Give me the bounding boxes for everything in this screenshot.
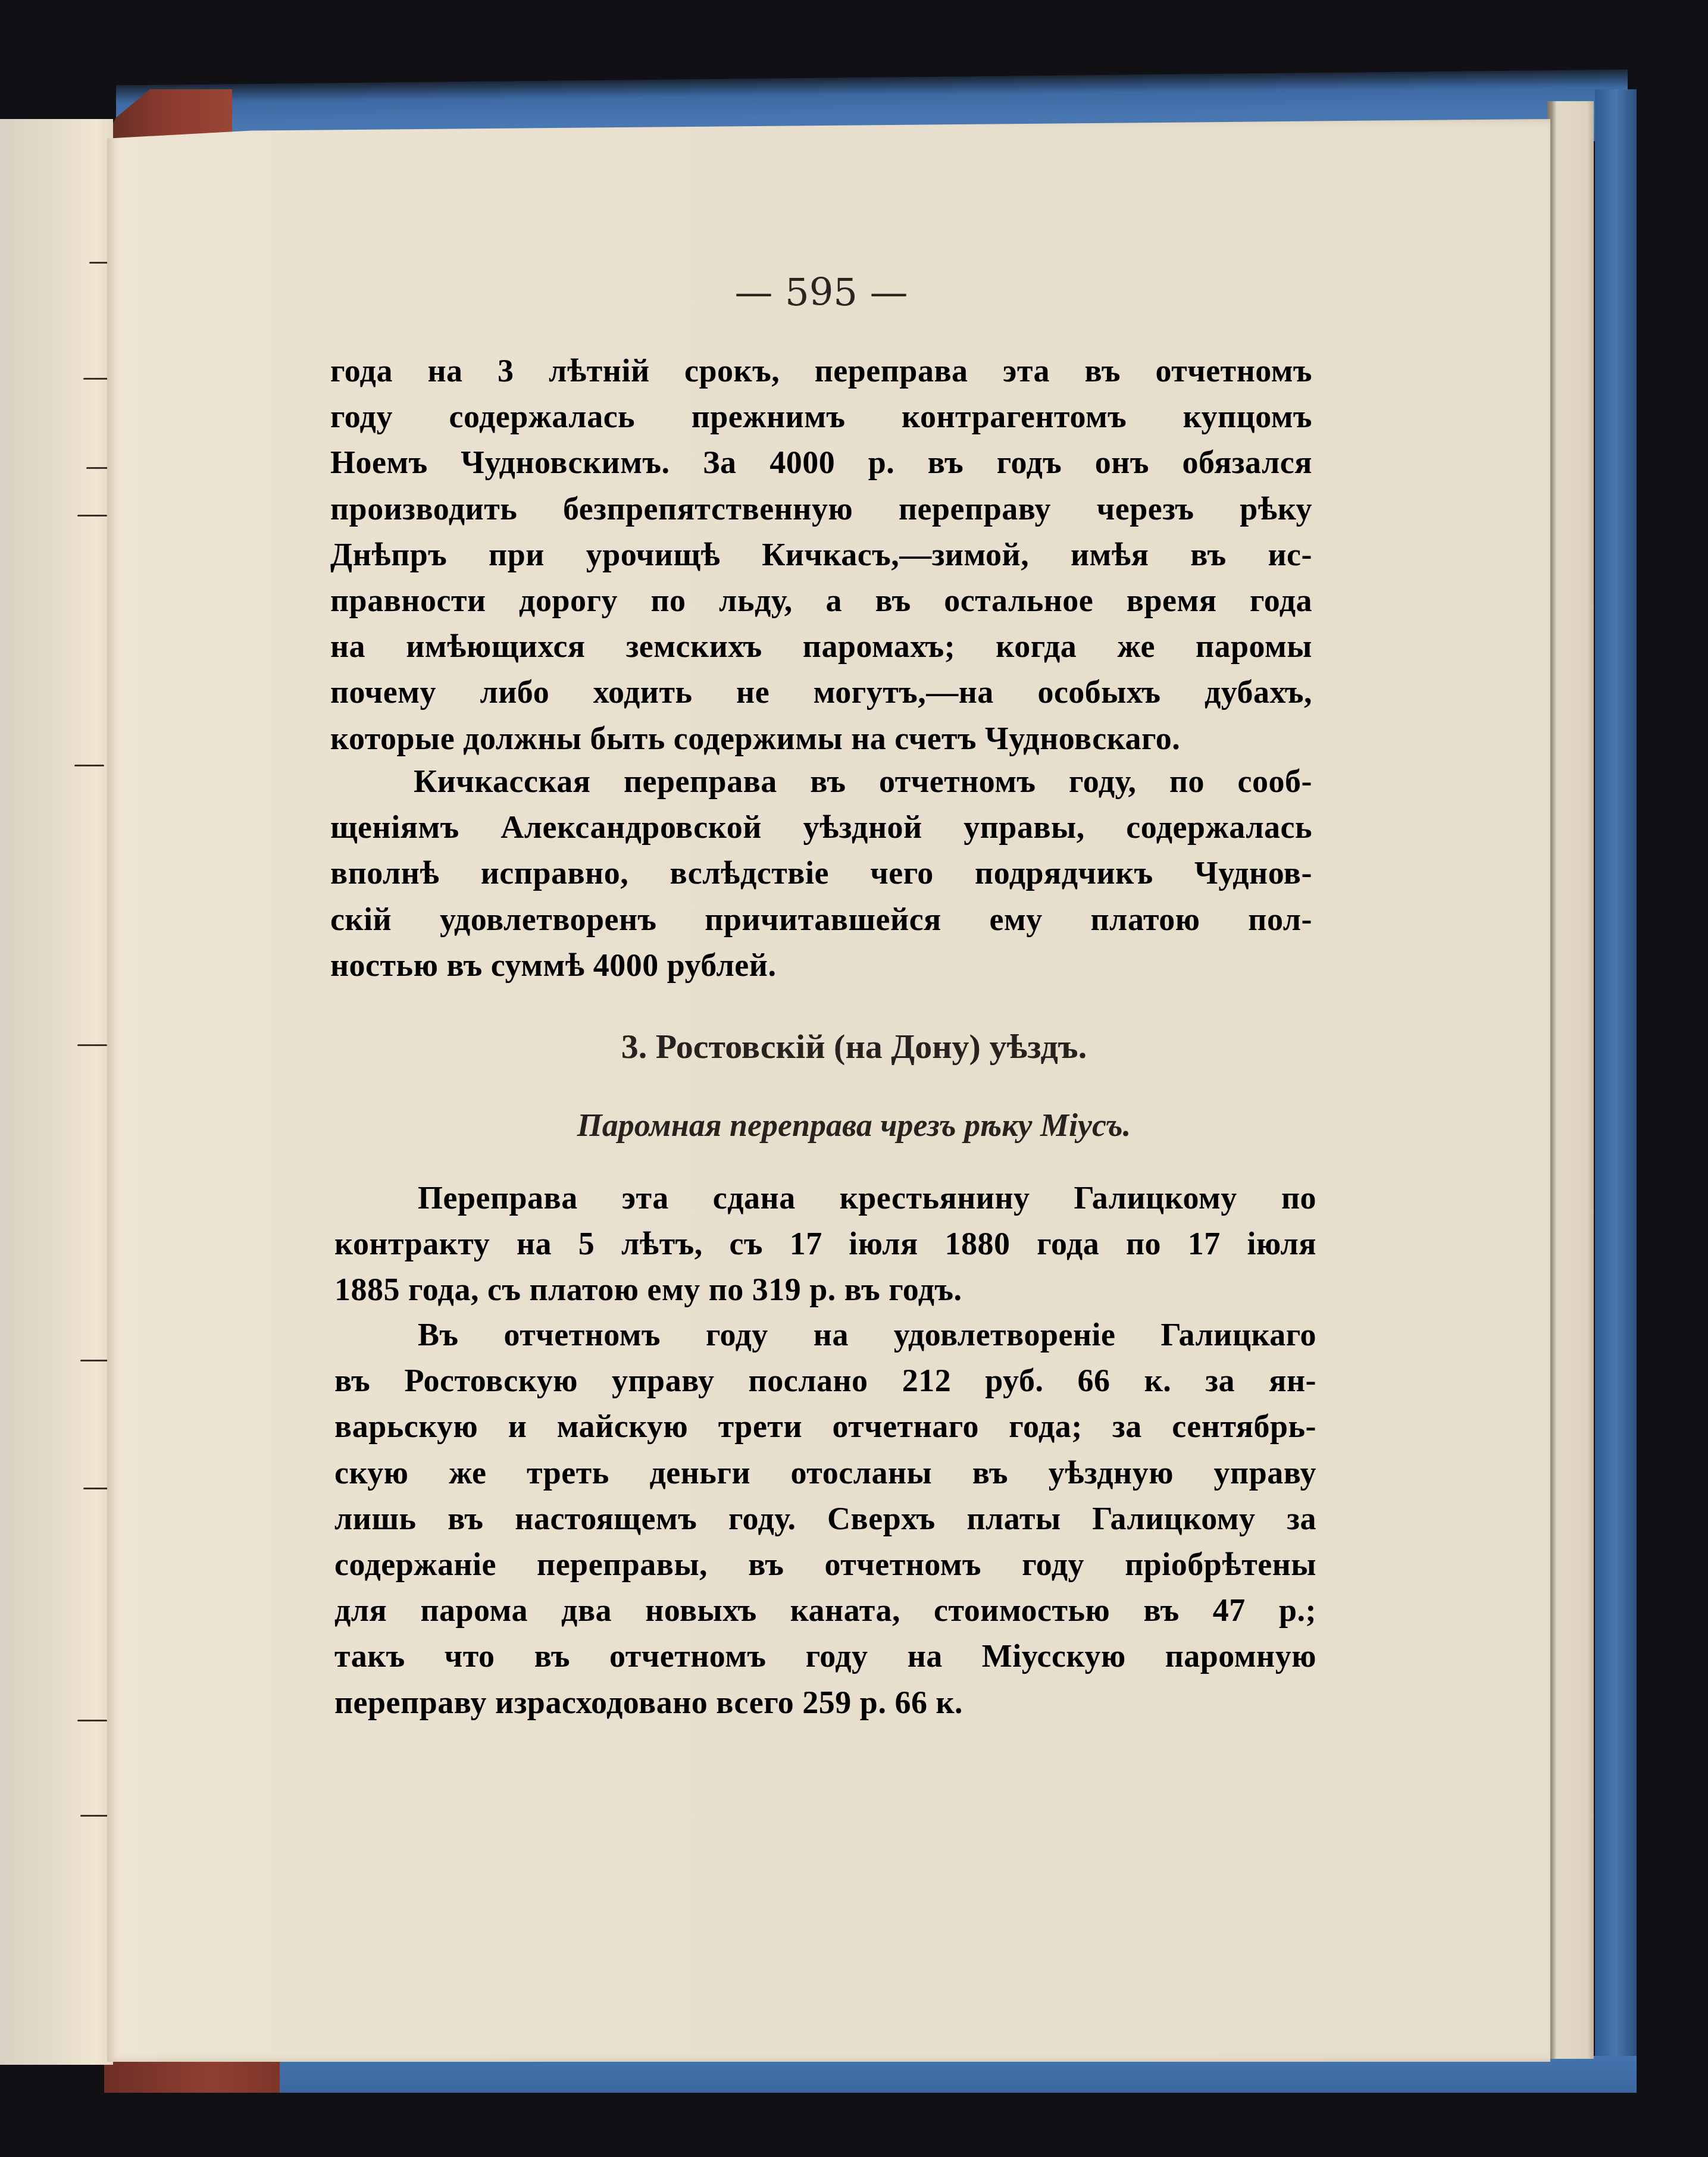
paragraph-text: года на 3 лѣтній срокъ, переправа эта въ…: [330, 348, 1312, 762]
left-page-gutter: [0, 119, 113, 2065]
binding-stitch-mark: [80, 1360, 110, 1361]
text-line: Переправа эта сдана крестьянину Галицком…: [334, 1175, 1316, 1221]
text-line: такъ что въ отчетномъ году на Міусскую п…: [334, 1633, 1316, 1679]
text-line: скую же треть деньги отосланы въ уѣздную…: [334, 1450, 1316, 1496]
paragraph-text: Въ отчетномъ году на удовлетвореніе Гали…: [334, 1312, 1316, 1726]
paragraph-ferry-contract: года на 3 лѣтній срокъ, переправа эта въ…: [330, 348, 1312, 762]
text-line: содержаніе переправы, въ отчетномъ году …: [334, 1542, 1316, 1588]
text-line: производить безпрепятственную переправу …: [330, 486, 1312, 532]
text-line: на имѣющихся земскихъ паромахъ; когда же…: [330, 624, 1312, 669]
binding-stitch-mark: [74, 765, 104, 766]
paragraph-text: Переправа эта сдана крестьянину Галицком…: [334, 1175, 1316, 1313]
binding-stitch-mark: [77, 1720, 107, 1721]
paragraph-text: Кичкасская переправа въ отчетномъ году, …: [330, 759, 1312, 988]
text-line: переправу израсходовано всего 259 р. 66 …: [334, 1680, 1316, 1726]
paragraph-mius-expenses: Въ отчетномъ году на удовлетвореніе Гали…: [334, 1312, 1316, 1726]
text-line: года на 3 лѣтній срокъ, переправа эта въ…: [330, 348, 1312, 394]
text-line: въ Ростовскую управу послано 212 руб. 66…: [334, 1358, 1316, 1404]
page-number: — 595 —: [702, 271, 940, 315]
text-line: которые должны быть содержимы на счетъ Ч…: [330, 716, 1312, 762]
text-line: контракту на 5 лѣтъ, съ 17 іюля 1880 год…: [334, 1221, 1316, 1267]
book-cover-right-edge: [1595, 89, 1637, 2089]
text-line: Днѣпръ при урочищѣ Кичкасъ,—зимой, имѣя …: [330, 532, 1312, 578]
text-line: лишь въ настоящемъ году. Сверхъ платы Га…: [334, 1496, 1316, 1542]
paragraph-mius-contract: Переправа эта сдана крестьянину Галицком…: [334, 1175, 1316, 1313]
text-line: варьскую и майскую трети отчетнаго года;…: [334, 1404, 1316, 1450]
binding-stitch-mark: [77, 515, 107, 516]
text-line: Кичкасская переправа въ отчетномъ году, …: [330, 759, 1312, 804]
text-line: щеніямъ Александровской уѣздной управы, …: [330, 804, 1312, 850]
text-line: скій удовлетворенъ причитавшейся ему пла…: [330, 897, 1312, 943]
text-line: вполнѣ исправно, вслѣдствіе чего подрядч…: [330, 850, 1312, 896]
section-heading: 3. Ростовскій (на Дону) уѣздъ.: [0, 1026, 1708, 1066]
text-line: почему либо ходить не могутъ,—на особыхъ…: [330, 669, 1312, 715]
text-line: для парома два новыхъ каната, стоимостью…: [334, 1588, 1316, 1633]
text-line: году содержалась прежнимъ контрагентомъ …: [330, 394, 1312, 440]
section-subheading: Паромная переправа чрезъ рѣку Міусъ.: [0, 1107, 1708, 1144]
text-line: 1885 года, съ платою ему по 319 р. въ го…: [334, 1267, 1316, 1313]
text-line: правности дорогу по льду, а въ остальное…: [330, 578, 1312, 624]
text-line: Въ отчетномъ году на удовлетвореніе Гали…: [334, 1312, 1316, 1358]
text-line: Ноемъ Чудновскимъ. За 4000 р. въ годъ он…: [330, 440, 1312, 486]
text-line: ностью въ суммѣ 4000 рублей.: [330, 943, 1312, 988]
binding-stitch-mark: [80, 1815, 110, 1817]
paragraph-kichkas-crossing: Кичкасская переправа въ отчетномъ году, …: [330, 759, 1312, 988]
page-stack-edge: [1547, 101, 1594, 2059]
